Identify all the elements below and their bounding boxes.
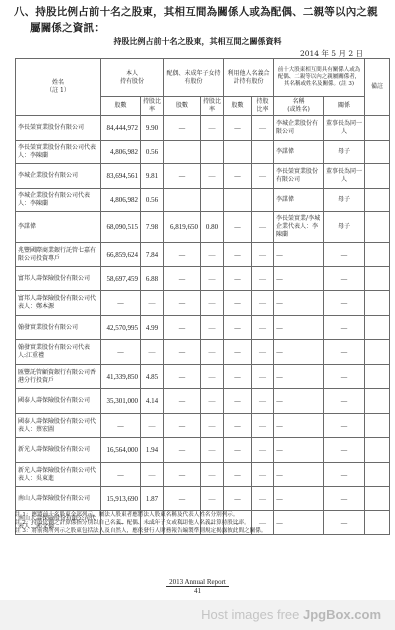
cell-ot-pct: — xyxy=(252,316,274,340)
cell-name: 李城企業股份有限公司代表人：李陳蘭 xyxy=(16,189,101,212)
header-other: 利用他人名義合計持有股份 xyxy=(224,59,274,97)
cell-ot-shares: — xyxy=(224,487,252,511)
cell-sp-pct: — xyxy=(201,414,224,438)
cell-rel-name: — xyxy=(274,365,324,389)
cell-ot-shares: — xyxy=(224,316,252,340)
cell-sp-shares: — xyxy=(164,365,201,389)
cell-name: 李長榮實業股份有限公司代表人：李陳蘭 xyxy=(16,141,101,164)
cell-pct: 4.14 xyxy=(141,389,164,414)
cell-shares: — xyxy=(101,340,141,365)
cell-name: 兆豐國際商業銀行託管七嘉有限公司投資專戶 xyxy=(16,243,101,267)
cell-ot-pct: — xyxy=(252,438,274,463)
cell-shares: 41,339,850 xyxy=(101,365,141,389)
cell-ot-pct xyxy=(252,141,274,164)
table-row: 富邦人壽保險股份有限公司58,697,4596.88—————— xyxy=(16,267,390,291)
cell-sp-shares xyxy=(164,141,201,164)
cell-sp-pct xyxy=(201,141,224,164)
cell-shares: 84,444,972 xyxy=(101,116,141,141)
cell-sp-pct xyxy=(201,189,224,212)
cell-sp-shares: 6,819,650 xyxy=(164,212,201,243)
header-other-shares: 股數 xyxy=(224,97,252,116)
cell-rel-name: — xyxy=(274,463,324,487)
cell-remark xyxy=(365,291,390,316)
table-row: 富邦人壽保險股份有限公司代表人：鄭本源———————— xyxy=(16,291,390,316)
cell-ot-shares: — xyxy=(224,463,252,487)
header-spouse-ratio: 持股比率 xyxy=(201,97,224,116)
cell-shares: — xyxy=(101,463,141,487)
footnote-3: 註 3：將前揭所列示之股東包括法人及自然人，應依發行人財務報告編製準則規定揭露彼… xyxy=(15,527,385,535)
cell-rel-name: 李謀偉 xyxy=(274,141,324,164)
cell-pct: 1.94 xyxy=(141,438,164,463)
cell-name: 匯豐託管顧資銀行有限公司香港分行投資戶 xyxy=(16,365,101,389)
cell-rel: — xyxy=(324,438,365,463)
header-rel-name: 名稱 (或姓名) xyxy=(274,97,324,116)
cell-ot-pct: — xyxy=(252,164,274,189)
cell-sp-shares: — xyxy=(164,267,201,291)
cell-pct: 1.87 xyxy=(141,487,164,511)
table-row: 李城企業股份有限公司代表人：李陳蘭4,806,9820.56李謀偉母子 xyxy=(16,189,390,212)
cell-rel: — xyxy=(324,340,365,365)
cell-sp-shares: — xyxy=(164,438,201,463)
cell-name: 李城企業股份有限公司 xyxy=(16,164,101,189)
cell-shares: 83,694,561 xyxy=(101,164,141,189)
header-name-note: （註 1） xyxy=(46,87,70,94)
cell-ot-pct: — xyxy=(252,291,274,316)
cell-shares: 4,806,982 xyxy=(101,189,141,212)
cell-sp-pct: — xyxy=(201,487,224,511)
table-row: 新光人壽保險股份有限公司16,564,0001.94—————— xyxy=(16,438,390,463)
watermark-brand: JpgBox.com xyxy=(303,607,381,622)
cell-name: 富邦人壽保險股份有限公司代表人：鄭本源 xyxy=(16,291,101,316)
cell-sp-shares: — xyxy=(164,316,201,340)
header-relation-group: 前十大股東相互間具有關係人或為配偶、二親等以內之親屬關係者，其名稱或姓名及關係。… xyxy=(274,59,365,97)
cell-sp-shares: — xyxy=(164,291,201,316)
cell-ot-pct: — xyxy=(252,243,274,267)
cell-name: 翰發實業股份有限公司代表人:江重禮 xyxy=(16,340,101,365)
cell-shares: 4,806,982 xyxy=(101,141,141,164)
header-self-shares: 股數 xyxy=(101,97,141,116)
table-row: 李長榮實業股份有限公司84,444,9729.90————李城企業股份有限公司董… xyxy=(16,116,390,141)
cell-sp-pct: — xyxy=(201,267,224,291)
cell-shares: 35,301,000 xyxy=(101,389,141,414)
cell-pct: 0.56 xyxy=(141,189,164,212)
cell-sp-shares: — xyxy=(164,487,201,511)
cell-ot-pct: — xyxy=(252,116,274,141)
cell-ot-pct: — xyxy=(252,212,274,243)
cell-remark xyxy=(365,414,390,438)
cell-rel: — xyxy=(324,414,365,438)
cell-ot-shares: — xyxy=(224,212,252,243)
cell-sp-shares: — xyxy=(164,340,201,365)
cell-remark xyxy=(365,116,390,141)
cell-sp-pct: — xyxy=(201,463,224,487)
heading-line-1: 八、持股比例占前十名之股東，其相互間為關係人或為配偶、二親等以內之親 xyxy=(14,6,378,18)
cell-rel-name: — xyxy=(274,243,324,267)
cell-shares: 16,564,000 xyxy=(101,438,141,463)
cell-ot-shares xyxy=(224,141,252,164)
cell-rel: 母子 xyxy=(324,189,365,212)
cell-rel-name: 李城企業股份有限公司 xyxy=(274,116,324,141)
cell-rel: — xyxy=(324,463,365,487)
table-title: 持股比例占前十名之股東，其相互間之關係資料 xyxy=(0,36,395,47)
cell-shares: 68,090,515 xyxy=(101,212,141,243)
shareholder-table: 姓名（註 1） 本人 持有股份 配偶、未成年子女持有股份 利用他人名義合計持有股… xyxy=(15,58,390,535)
cell-rel: 董事長為同一人 xyxy=(324,164,365,189)
cell-pct: 4.85 xyxy=(141,365,164,389)
cell-remark xyxy=(365,365,390,389)
cell-rel: — xyxy=(324,243,365,267)
cell-ot-shares: — xyxy=(224,267,252,291)
table-row: 李城企業股份有限公司83,694,5619.81————李長榮實業股份有限公司董… xyxy=(16,164,390,189)
footnote-1: 註 1：應將前十名股東全部列示，屬法人股東者應將法人股東名稱及代表人姓名分別列示… xyxy=(15,511,385,519)
cell-sp-shares: — xyxy=(164,243,201,267)
cell-ot-shares: — xyxy=(224,340,252,365)
header-remarks: 備註 xyxy=(365,59,390,116)
cell-name: 新光人壽保險股份有限公司 xyxy=(16,438,101,463)
table-row: 李謀偉68,090,5157.986,819,6500.80——李長榮實業/李城… xyxy=(16,212,390,243)
cell-ot-pct: — xyxy=(252,389,274,414)
cell-ot-shares xyxy=(224,189,252,212)
cell-rel-name: — xyxy=(274,291,324,316)
cell-remark xyxy=(365,316,390,340)
cell-rel: — xyxy=(324,365,365,389)
cell-pct: 0.56 xyxy=(141,141,164,164)
table-row: 國泰人壽保險股份有限公司35,301,0004.14—————— xyxy=(16,389,390,414)
section-heading: 八、持股比例占前十名之股東，其相互間為關係人或為配偶、二親等以內之親 屬關係之資… xyxy=(14,4,389,36)
cell-rel: 董事長為同一人 xyxy=(324,116,365,141)
cell-rel: 母子 xyxy=(324,212,365,243)
header-self: 本人 持有股份 xyxy=(101,59,164,97)
cell-ot-shares: — xyxy=(224,414,252,438)
cell-name: 富邦人壽保險股份有限公司 xyxy=(16,267,101,291)
cell-ot-shares: — xyxy=(224,389,252,414)
table-row: 國泰人壽保險股份有限公司代表人：蔡宏圖———————— xyxy=(16,414,390,438)
cell-ot-shares: — xyxy=(224,365,252,389)
cell-remark xyxy=(365,463,390,487)
cell-sp-pct: — xyxy=(201,365,224,389)
cell-ot-shares: — xyxy=(224,438,252,463)
cell-rel-name: — xyxy=(274,267,324,291)
cell-sp-pct: — xyxy=(201,116,224,141)
cell-rel-name: 李長榮實業股份有限公司 xyxy=(274,164,324,189)
cell-sp-shares: — xyxy=(164,389,201,414)
cell-rel-name: — xyxy=(274,340,324,365)
cell-sp-pct: — xyxy=(201,164,224,189)
header-other-ratio: 持股比率 xyxy=(252,97,274,116)
cell-pct: — xyxy=(141,463,164,487)
header-name-label: 姓名 xyxy=(52,79,64,86)
header-self-ratio: 持股比率 xyxy=(141,97,164,116)
cell-remark xyxy=(365,189,390,212)
cell-name: 國泰人壽保險股份有限公司 xyxy=(16,389,101,414)
report-name: 2013 Annual Report xyxy=(166,578,229,587)
cell-rel: — xyxy=(324,487,365,511)
cell-shares: — xyxy=(101,414,141,438)
cell-ot-pct xyxy=(252,189,274,212)
cell-remark xyxy=(365,267,390,291)
cell-ot-pct: — xyxy=(252,340,274,365)
cell-remark xyxy=(365,164,390,189)
cell-rel: — xyxy=(324,316,365,340)
cell-sp-shares: — xyxy=(164,116,201,141)
cell-pct: 7.84 xyxy=(141,243,164,267)
cell-rel: 母子 xyxy=(324,141,365,164)
cell-ot-shares: — xyxy=(224,164,252,189)
cell-name: 新光人壽保險股份有限公司代表人：吳東進 xyxy=(16,463,101,487)
cell-sp-pct: 0.80 xyxy=(201,212,224,243)
cell-sp-shares: — xyxy=(164,164,201,189)
cell-pct: 4.99 xyxy=(141,316,164,340)
cell-pct: — xyxy=(141,291,164,316)
page-number: 41 xyxy=(194,587,201,595)
header-spouse-shares: 股數 xyxy=(164,97,201,116)
cell-ot-pct: — xyxy=(252,365,274,389)
cell-rel-name: 李謀偉 xyxy=(274,189,324,212)
cell-name: 翰發實業股份有限公司 xyxy=(16,316,101,340)
cell-sp-pct: — xyxy=(201,340,224,365)
cell-sp-pct: — xyxy=(201,316,224,340)
cell-remark xyxy=(365,141,390,164)
heading-line-2: 屬關係之資訊： xyxy=(14,20,389,36)
cell-ot-pct: — xyxy=(252,414,274,438)
table-row: 李長榮實業股份有限公司代表人：李陳蘭4,806,9820.56李謀偉母子 xyxy=(16,141,390,164)
header-spouse: 配偶、未成年子女持有股份 xyxy=(164,59,224,97)
cell-rel-name: — xyxy=(274,414,324,438)
cell-sp-pct: — xyxy=(201,389,224,414)
cell-pct: 7.98 xyxy=(141,212,164,243)
table-row: 翰發實業股份有限公司42,570,9954.99—————— xyxy=(16,316,390,340)
footnotes: 註 1：應將前十名股東全部列示，屬法人股東者應將法人股東名稱及代表人姓名分別列示… xyxy=(15,511,385,535)
cell-pct: 9.81 xyxy=(141,164,164,189)
cell-rel-name: — xyxy=(274,487,324,511)
cell-remark xyxy=(365,438,390,463)
cell-rel-name: — xyxy=(274,438,324,463)
table-row: 翰發實業股份有限公司代表人:江重禮———————— xyxy=(16,340,390,365)
header-name: 姓名（註 1） xyxy=(16,59,101,116)
cell-remark xyxy=(365,212,390,243)
cell-rel: — xyxy=(324,267,365,291)
cell-name: 李謀偉 xyxy=(16,212,101,243)
watermark-text[interactable]: Host images free JpgBox.com xyxy=(201,607,381,622)
cell-shares: 15,913,690 xyxy=(101,487,141,511)
cell-ot-pct: — xyxy=(252,487,274,511)
cell-sp-pct: — xyxy=(201,291,224,316)
cell-name: 李長榮實業股份有限公司 xyxy=(16,116,101,141)
table-row: 南山人壽保險股份有限公司15,913,6901.87—————— xyxy=(16,487,390,511)
cell-name: 南山人壽保險股份有限公司 xyxy=(16,487,101,511)
cell-ot-pct: — xyxy=(252,267,274,291)
watermark-prefix: Host images free xyxy=(201,607,303,622)
footnote-2: 註 2：持股比例之計算係指分別以自己名義、配偶、未成年子女或利用他人名義計算持股… xyxy=(15,519,385,527)
cell-sp-shares: — xyxy=(164,414,201,438)
cell-rel: — xyxy=(324,291,365,316)
watermark-banner: Host images free JpgBox.com xyxy=(0,600,395,630)
cell-ot-shares: — xyxy=(224,243,252,267)
cell-rel: — xyxy=(324,389,365,414)
cell-shares: 66,859,624 xyxy=(101,243,141,267)
cell-rel-name: — xyxy=(274,316,324,340)
page-footer: 2013 Annual Report 41 xyxy=(0,578,395,595)
table-row: 匯豐託管顧資銀行有限公司香港分行投資戶41,339,8504.85—————— xyxy=(16,365,390,389)
cell-shares: — xyxy=(101,291,141,316)
table-row: 兆豐國際商業銀行託管七嘉有限公司投資專戶66,859,6247.84—————— xyxy=(16,243,390,267)
cell-sp-pct: — xyxy=(201,243,224,267)
table-row: 新光人壽保險股份有限公司代表人：吳東進———————— xyxy=(16,463,390,487)
header-rel-type: 關係 xyxy=(324,97,365,116)
cell-remark xyxy=(365,340,390,365)
cell-pct: — xyxy=(141,340,164,365)
cell-remark xyxy=(365,487,390,511)
cell-shares: 42,570,995 xyxy=(101,316,141,340)
cell-pct: 9.90 xyxy=(141,116,164,141)
cell-ot-pct: — xyxy=(252,463,274,487)
cell-shares: 58,697,459 xyxy=(101,267,141,291)
cell-sp-pct: — xyxy=(201,438,224,463)
cell-sp-shares xyxy=(164,189,201,212)
cell-pct: — xyxy=(141,414,164,438)
cell-ot-shares: — xyxy=(224,291,252,316)
cell-name: 國泰人壽保險股份有限公司代表人：蔡宏圖 xyxy=(16,414,101,438)
cell-sp-shares: — xyxy=(164,463,201,487)
cell-pct: 6.88 xyxy=(141,267,164,291)
cell-rel-name: — xyxy=(274,389,324,414)
cell-ot-shares: — xyxy=(224,116,252,141)
cell-remark xyxy=(365,389,390,414)
cell-rel-name: 李長榮實業/李城企業代表人：李陳蘭 xyxy=(274,212,324,243)
cell-remark xyxy=(365,243,390,267)
